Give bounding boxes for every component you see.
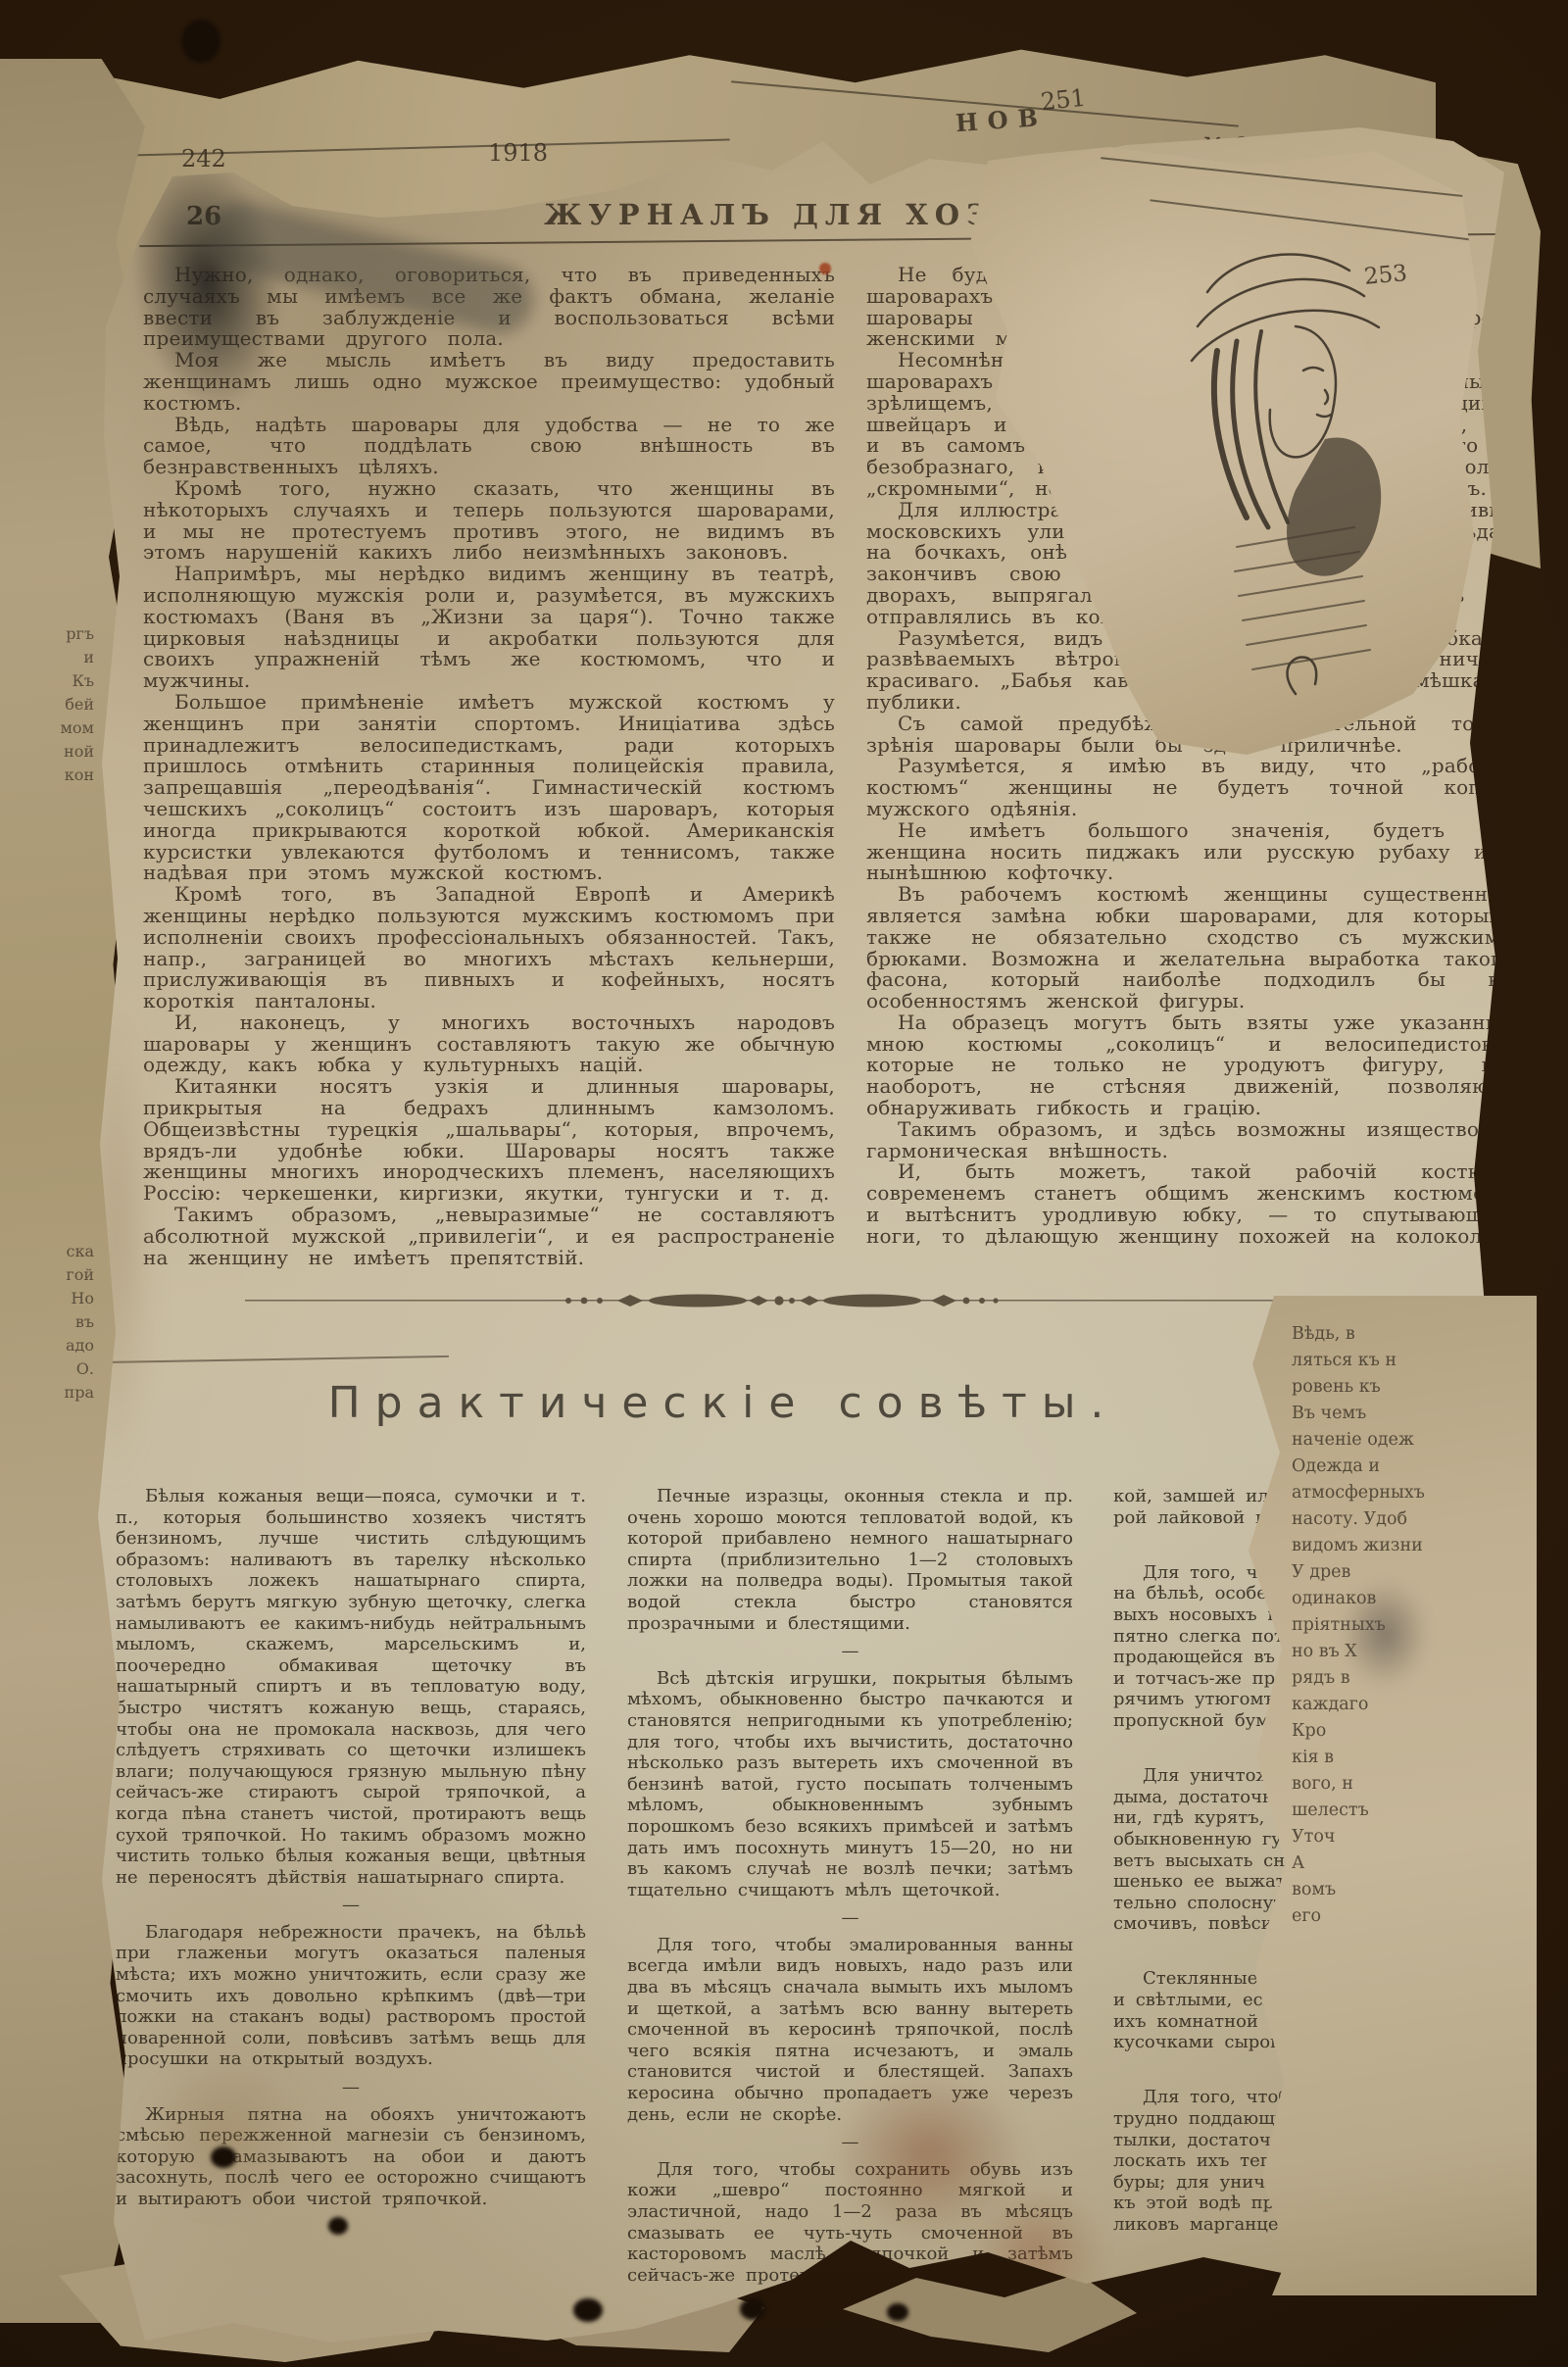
fragment-line: А: [1292, 1850, 1527, 1877]
text-fragment: пра: [4, 1381, 94, 1405]
paper-hole: [887, 2303, 908, 2321]
article-paragraph: Разумѣется, я имѣю въ виду, что „рабочій…: [866, 756, 1513, 819]
torn-text-fragments-upper: ргъиКъбеймомнойкон: [4, 622, 94, 787]
fragment-line: Кро: [1292, 1718, 1527, 1745]
tip-paragraph: Благодаря небрежности прачекъ, на бѣльѣ …: [116, 1922, 586, 2098]
fragment-line: его: [1292, 1903, 1527, 1930]
scanned-newspaper-photo: 242 1918 НОВ 251 № 32 ргъиКъбеймомнойкон…: [0, 0, 1568, 2367]
underlay-year: 1918: [488, 139, 548, 167]
section-title: Практическіе совѣты.: [282, 1378, 1164, 1428]
partial-rule-left: [96, 1356, 449, 1363]
text-fragment: мом: [4, 716, 94, 740]
text-fragment: ргъ: [4, 622, 94, 646]
tip-paragraph: Всѣ дѣтскія игрушки, покрытыя бѣлымъ мѣх…: [627, 1668, 1073, 1929]
text-fragment: ска: [4, 1240, 94, 1263]
paper-hole: [181, 20, 220, 63]
fragment-line: ровень къ: [1292, 1374, 1527, 1401]
text-fragment: адо: [4, 1334, 94, 1357]
fragment-line: ляться къ н: [1292, 1348, 1527, 1374]
paper-hole: [211, 2146, 236, 2168]
page-number: 26: [186, 202, 221, 231]
article-column-left: Нужно, однако, оговориться, что въ приве…: [143, 265, 835, 1268]
tip-paragraph: Жирныя пятна на обояхъ уничтожаютъ смѣсь…: [116, 2104, 586, 2210]
fragment-line: насоту. Удоб: [1292, 1506, 1527, 1533]
tips-column-2: Печные изразцы, оконныя стекла и пр. оче…: [627, 1486, 1073, 2286]
ink-smudge: [1341, 1580, 1429, 1688]
fragment-line: кія в: [1292, 1745, 1527, 1771]
text-fragment: ной: [4, 740, 94, 764]
article-paragraph: Кромѣ того, нужно сказать, что женщины в…: [143, 478, 835, 564]
tip-paragraph: Печные изразцы, оконныя стекла и пр. оче…: [627, 1486, 1073, 1662]
fragment-line: каждаго: [1292, 1692, 1527, 1718]
article-paragraph: Въ рабочемъ костюмѣ женщины существенной…: [866, 884, 1513, 1012]
text-fragment: Къ: [4, 669, 94, 693]
article-paragraph: Нужно, однако, оговориться, что въ приве…: [143, 265, 835, 350]
tips-column-1: Бѣлыя кожаныя вещи—пояса, сумочки и т. п…: [116, 1486, 586, 2210]
underlay-page-number: 242: [181, 145, 226, 173]
paper-hole: [328, 2217, 348, 2235]
fragment-line: шелестъ: [1292, 1798, 1527, 1824]
tip-paragraph: Для того, чтобы сохранить обувь изъ кожи…: [627, 2159, 1073, 2287]
article-paragraph: И, быть можетъ, такой рабочій костюмъ со…: [866, 1161, 1513, 1247]
paper-hole: [740, 2298, 765, 2320]
ornamental-divider: [245, 1290, 1303, 1311]
article-paragraph: Такимъ образомъ, „невыразимые“ не состав…: [143, 1205, 835, 1268]
fragment-line: Въ чемъ: [1292, 1401, 1527, 1427]
text-fragment: О.: [4, 1357, 94, 1381]
text-fragment: Но: [4, 1287, 94, 1310]
article-paragraph: На образецъ могутъ быть взяты уже указан…: [866, 1012, 1513, 1119]
underlay-masthead-fragment: НОВ: [955, 103, 1049, 137]
fragment-line: Одежда и: [1292, 1454, 1527, 1480]
tip-paragraph: Бѣлыя кожаныя вещи—пояса, сумочки и т. п…: [116, 1486, 586, 1916]
fragment-line: вомъ: [1292, 1877, 1527, 1903]
divider-ornament-icon: [245, 1290, 1303, 1311]
article-paragraph: Китаянки носятъ узкія и длинныя шаровары…: [143, 1076, 835, 1205]
article-paragraph: И, наконецъ, у многихъ восточныхъ народо…: [143, 1012, 835, 1076]
text-fragment: въ: [4, 1310, 94, 1334]
article-paragraph: Напримѣръ, мы нерѣдко видимъ женщину въ …: [143, 564, 835, 692]
fragment-line: Вѣдь, в: [1292, 1321, 1527, 1348]
woman-portrait-engraving-icon: [1178, 233, 1403, 723]
text-fragment: и: [4, 646, 94, 669]
article-paragraph: Кромѣ того, въ Западной Европѣ и Америкѣ…: [143, 884, 835, 1012]
article-paragraph: Большое примѣненіе имѣетъ мужской костюм…: [143, 692, 835, 884]
article-paragraph: Такимъ образомъ, и здѣсь возможны изящес…: [866, 1119, 1513, 1162]
fragment-line: атмосферныхъ: [1292, 1480, 1527, 1506]
article-paragraph: Вѣдь, надѣть шаровары для удобства — не …: [143, 415, 835, 478]
article-paragraph: Моя же мысль имѣетъ въ виду предоставить…: [143, 350, 835, 414]
text-fragment: гой: [4, 1263, 94, 1287]
article-paragraph: Не имѣетъ большого значенія, будетъ ли ж…: [866, 820, 1513, 884]
fragment-line: Уточ: [1292, 1824, 1527, 1850]
paper-hole: [573, 2298, 603, 2322]
text-fragment: бей: [4, 693, 94, 716]
engraving-illustration: [1178, 233, 1403, 727]
fragment-line: видомъ жизни: [1292, 1533, 1527, 1559]
fragment-line: наченіе одеж: [1292, 1427, 1527, 1454]
underlay-page-number-2: 251: [1040, 84, 1087, 117]
tip-paragraph: Для того, чтобы эмалированныя ванны всег…: [627, 1935, 1073, 2153]
torn-text-fragments-lower: скагойНовъадоО.пра: [4, 1240, 94, 1405]
fragment-line: вого, н: [1292, 1771, 1527, 1798]
text-fragment: кон: [4, 764, 94, 787]
